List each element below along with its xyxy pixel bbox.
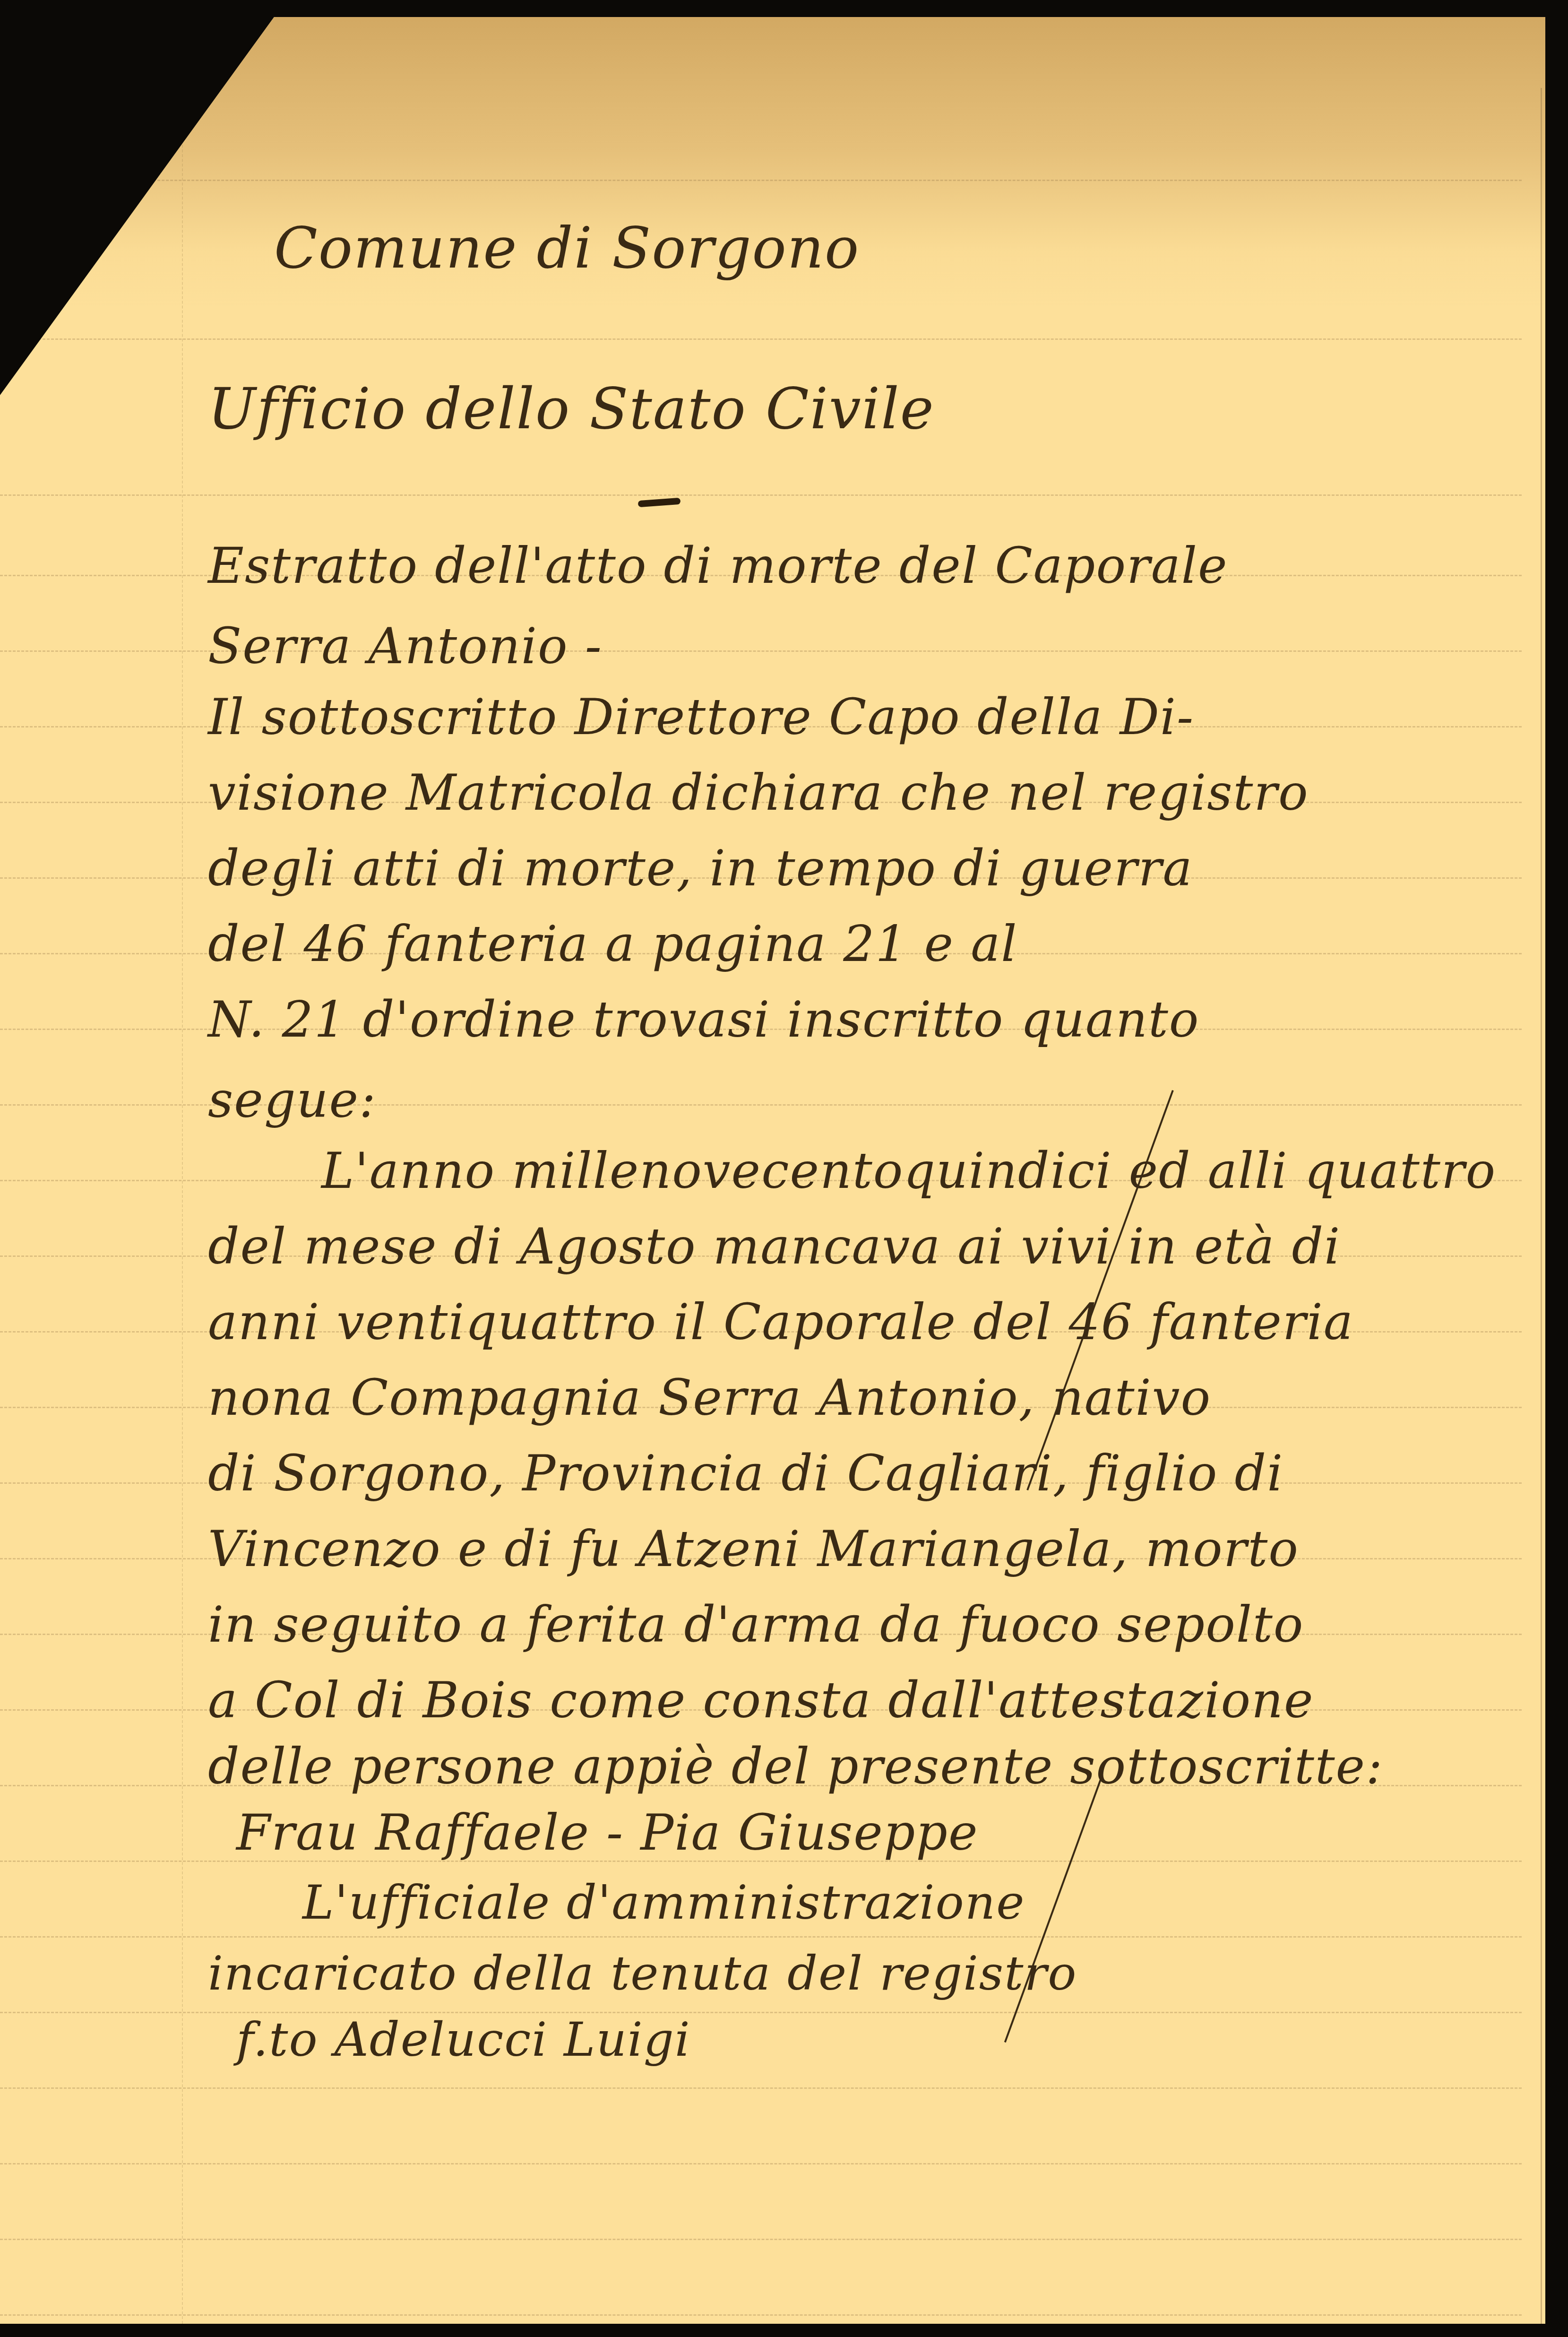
record-line: in seguito a ferita d'arma da fuoco sepo… bbox=[208, 1596, 1304, 1653]
preamble-line: del 46 fanteria a pagina 21 e al bbox=[208, 915, 1017, 973]
preamble-line: segue: bbox=[208, 1071, 377, 1129]
preamble-line: Il sottoscritto Direttore Capo della Di- bbox=[208, 688, 1194, 746]
margin-line bbox=[182, 17, 183, 2333]
ruled-line bbox=[0, 1936, 1522, 1938]
ruled-line bbox=[0, 2012, 1522, 2013]
preamble-line: degli atti di morte, in tempo di guerra bbox=[208, 840, 1193, 897]
ruled-line bbox=[0, 2163, 1522, 2164]
record-line: anni ventiquattro il Caporale del 46 fan… bbox=[208, 1293, 1354, 1351]
preamble-line: visione Matricola dichiara che nel regis… bbox=[208, 764, 1309, 822]
record-line: L'anno millenovecentoquindici ed alli qu… bbox=[321, 1142, 1496, 1200]
closing-line: incaricato della tenuta del registro bbox=[208, 1946, 1077, 2001]
closing-line: L'ufficiale d'amministrazione bbox=[302, 1875, 1025, 1930]
ruled-line bbox=[0, 338, 1522, 340]
separator-dash bbox=[638, 498, 681, 507]
municipality-heading: Comune di Sorgono bbox=[274, 216, 860, 281]
record-line: del mese di Agosto mancava ai vivi in et… bbox=[208, 1218, 1341, 1275]
ruled-line bbox=[0, 2314, 1522, 2316]
ruled-line bbox=[0, 2087, 1522, 2089]
title-line: Estratto dell'atto di morte del Caporale bbox=[208, 537, 1228, 595]
record-line: di Sorgono, Provincia di Cagliari, figli… bbox=[208, 1445, 1284, 1502]
ruled-line bbox=[0, 2239, 1522, 2240]
record-line: Vincenzo e di fu Atzeni Mariangela, mort… bbox=[208, 1520, 1299, 1578]
document-page: Comune di Sorgono Ufficio dello Stato Ci… bbox=[0, 17, 1545, 2333]
record-line: a Col di Bois come consta dall'attestazi… bbox=[208, 1671, 1314, 1729]
title-line: Serra Antonio - bbox=[208, 617, 603, 675]
signature-line: f.to Adelucci Luigi bbox=[236, 2012, 691, 2067]
record-line: delle persone appiè del presente sottosc… bbox=[208, 1738, 1383, 1795]
ruled-line bbox=[0, 494, 1522, 496]
page-fold-line bbox=[1541, 88, 1542, 2324]
preamble-line: N. 21 d'ordine trovasi inscritto quanto bbox=[208, 991, 1199, 1048]
ruled-line bbox=[0, 180, 1522, 181]
witness-names: Frau Raffaele - Pia Giuseppe bbox=[236, 1804, 978, 1861]
office-heading: Ufficio dello Stato Civile bbox=[208, 376, 935, 442]
